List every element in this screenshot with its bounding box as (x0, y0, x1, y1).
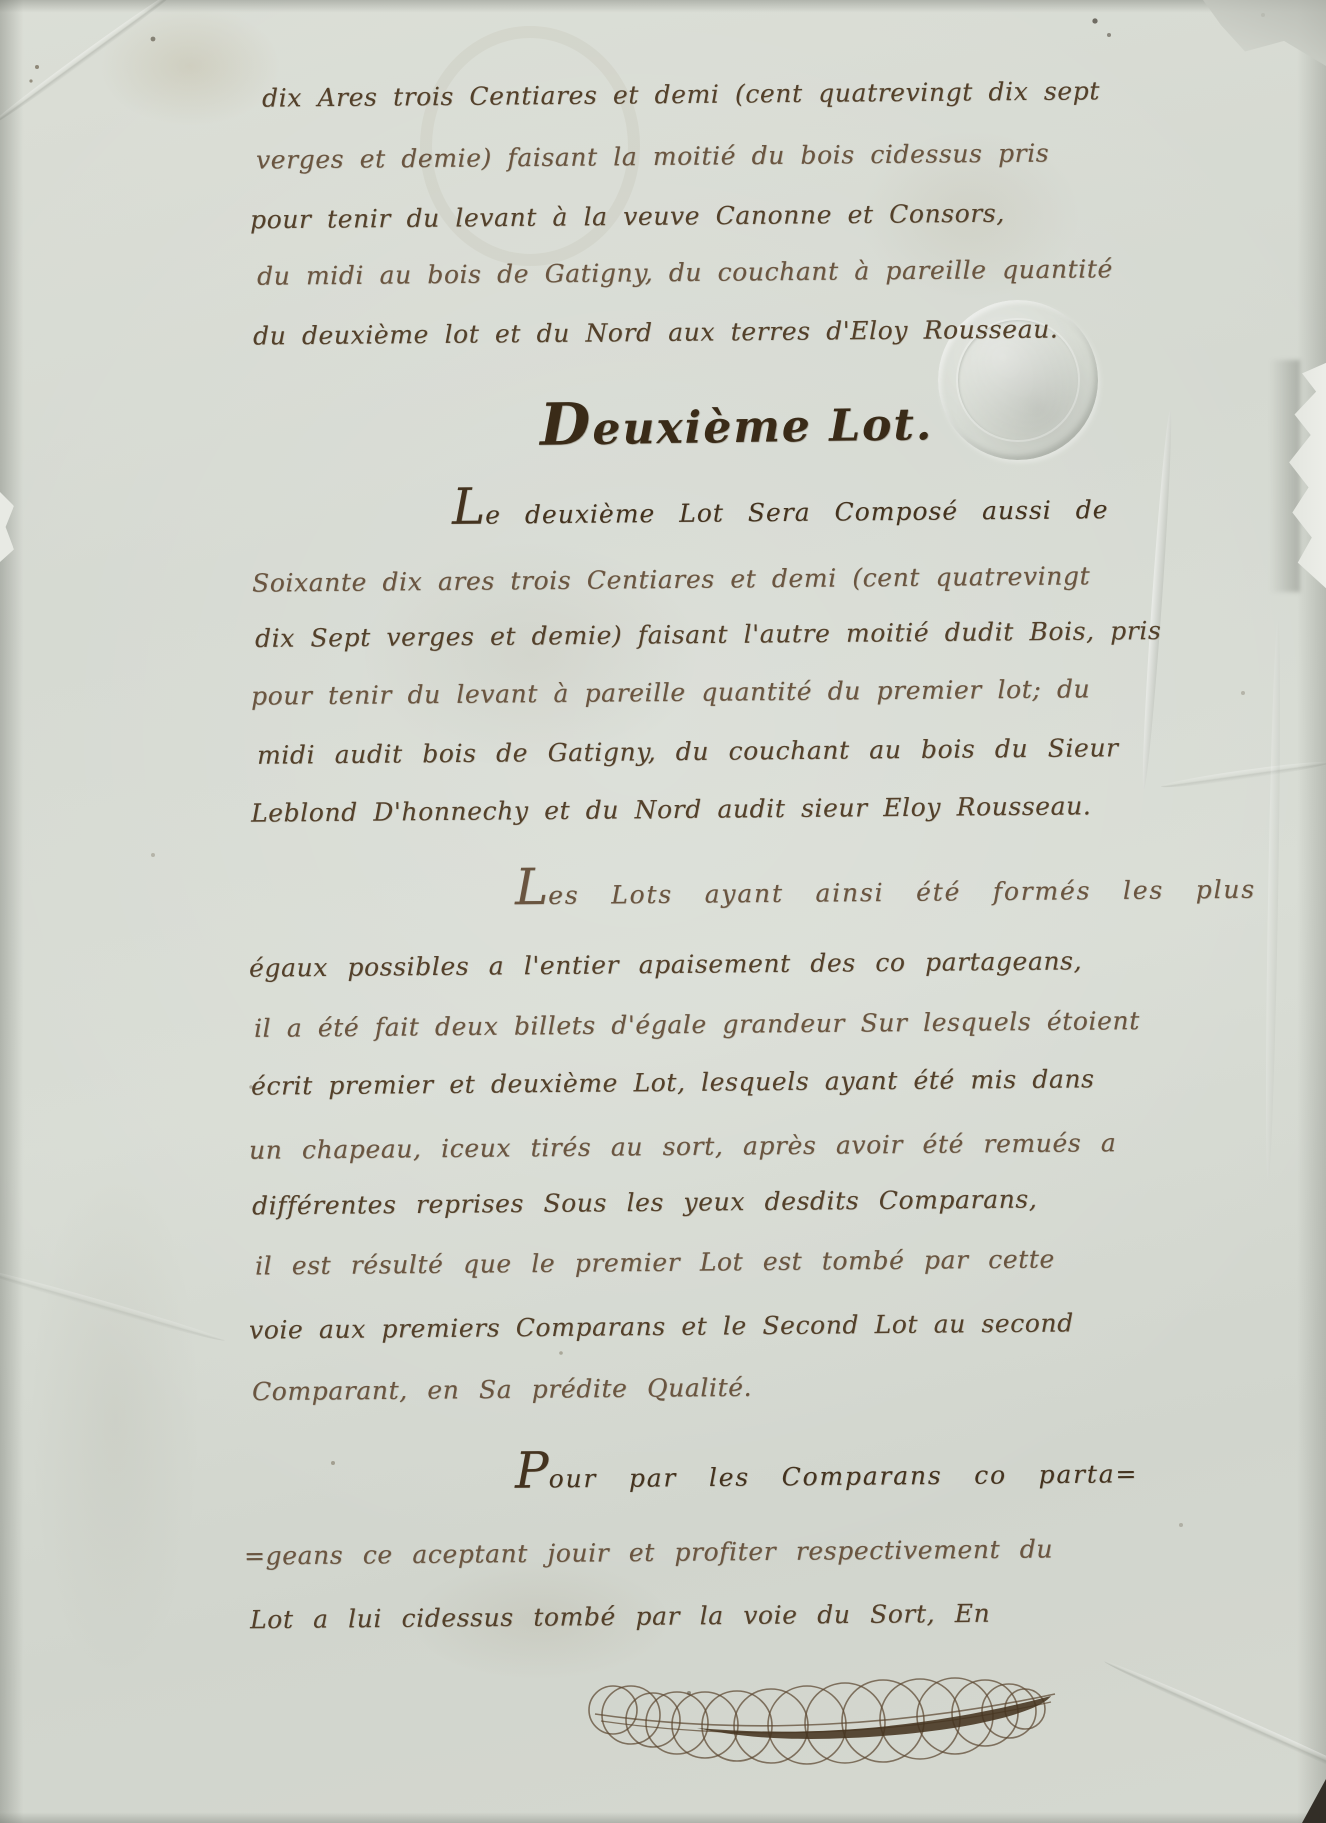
paper-crease (1263, 620, 1283, 1180)
paper-edge-right (1292, 0, 1326, 1823)
manuscript-line: écrit premier et deuxième Lot, lesquels … (251, 1064, 1095, 1100)
ink-speckles (0, 0, 2, 2)
manuscript-line: Les Lots ayant ainsi été formés les plus (515, 875, 1256, 910)
paper-edge-left (0, 0, 26, 1823)
manuscript-line: dix Ares trois Centiares et demi (cent q… (262, 76, 1100, 112)
manuscript-line: égaux possibles a l'entier apaisement de… (249, 946, 1082, 982)
paper-crease (1139, 410, 1175, 790)
paper-stain (30, 1160, 200, 1680)
manuscript-line: midi audit bois de Gatigny, du couchant … (257, 733, 1119, 770)
torn-edge-shadow (1270, 360, 1300, 592)
manuscript-line: voie aux premiers Comparans et le Second… (249, 1308, 1074, 1344)
manuscript-line: différentes reprises Sous les yeux desdi… (252, 1185, 1038, 1221)
manuscript-line: il est résulté que le premier Lot est to… (255, 1245, 1055, 1281)
manuscript-line: Soixante dix ares trois Centiares et dem… (252, 561, 1090, 597)
manuscript-line: du deuxième lot et du Nord aux terres d'… (253, 314, 1059, 350)
paper-edge-bottom (0, 1811, 1326, 1823)
paper-stain (100, 6, 280, 126)
manuscript-line: Pour par les Comparans co parta= (515, 1459, 1138, 1493)
document-page: dix Ares trois Centiares et demi (cent q… (0, 0, 1326, 1823)
manuscript-line: Comparant, en Sa prédite Qualité. (252, 1373, 752, 1406)
manuscript-line: =geans ce aceptant jouir et profiter res… (244, 1534, 1053, 1570)
manuscript-line: il a été fait deux billets d'égale grand… (254, 1006, 1140, 1043)
closing-flourish (565, 1652, 1065, 1782)
section-heading: Deuxième Lot. (540, 385, 934, 458)
manuscript-line: pour tenir du levant à pareille quantité… (251, 674, 1090, 710)
manuscript-line: Le deuxième Lot Sera Composé aussi de (452, 495, 1109, 530)
manuscript-line: Leblond D'honnechy et du Nord audit sieu… (251, 791, 1092, 827)
manuscript-line: un chapeau, iceux tirés au sort, après a… (249, 1128, 1117, 1165)
manuscript-line: Lot a lui cidessus tombé par la voie du … (250, 1599, 990, 1634)
